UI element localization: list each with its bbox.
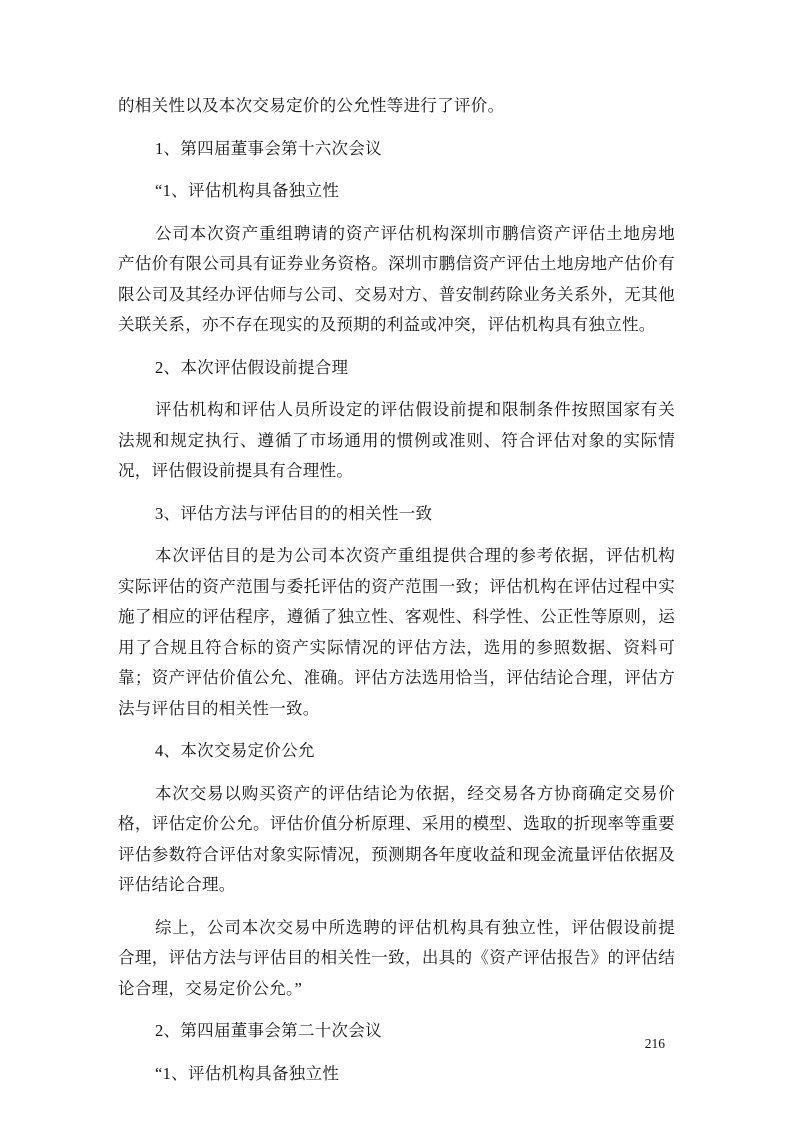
subheading-method-relevance: 3、评估方法与评估目的的相关性一致	[118, 499, 675, 530]
body-text-continuation: 的相关性以及本次交易定价的公允性等进行了评价。	[118, 91, 675, 122]
section-heading-meeting-16: 1、第四届董事会第十六次会议	[118, 134, 675, 165]
subheading-pricing-fairness: 4、本次交易定价公允	[118, 736, 675, 767]
document-body: 的相关性以及本次交易定价的公允性等进行了评价。 1、第四届董事会第十六次会议 “…	[118, 91, 675, 1101]
paragraph-assumptions: 评估机构和评估人员所设定的评估假设前提和限制条件按照国家有关法规和规定执行、遵循…	[118, 395, 675, 487]
paragraph-method-relevance: 本次评估目的是为公司本次资产重组提供合理的参考依据，评估机构实际评估的资产范围与…	[118, 541, 675, 724]
subheading-independence: “1、评估机构具备独立性	[118, 176, 675, 207]
paragraph-pricing-fairness: 本次交易以购买资产的评估结论为依据，经交易各方协商确定交易价格，评估定价公允。评…	[118, 779, 675, 901]
subheading-assumptions: 2、本次评估假设前提合理	[118, 353, 675, 384]
paragraph-independence: 公司本次资产重组聘请的资产评估机构深圳市鹏信资产评估土地房地产估价有限公司具有证…	[118, 219, 675, 341]
page-number: 216	[645, 1036, 665, 1052]
section-heading-meeting-20: 2、第四届董事会第二十次会议	[118, 1016, 675, 1047]
subheading-independence-2: “1、评估机构具备独立性	[118, 1059, 675, 1090]
paragraph-conclusion: 综上，公司本次交易中所选聘的评估机构具有独立性，评估假设前提合理，评估方法与评估…	[118, 913, 675, 1005]
document-page: 的相关性以及本次交易定价的公允性等进行了评价。 1、第四届董事会第十六次会议 “…	[0, 0, 793, 1122]
